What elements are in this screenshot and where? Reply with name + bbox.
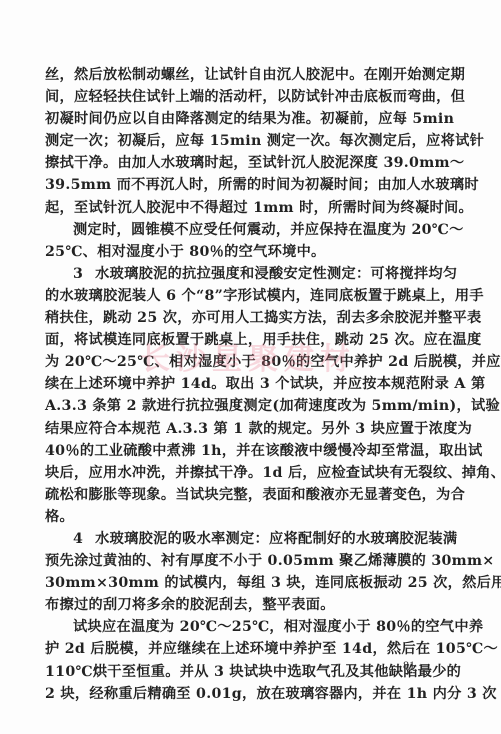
text-line-content: 水玻璃胶泥的吸水率测定：应将配制好的水玻璃胶泥装满: [95, 531, 457, 547]
text-line-content: 2 块，经称重后精确至 0.01g，放在玻璃容器内，并在 1h 内分 3 次: [45, 686, 497, 702]
text-line: 丝，然后放松制动螺丝，让试针自由沉人胶泥中。在刚开始测定期: [45, 64, 437, 86]
text-line: 2 块，经称重后精确至 0.01g，放在玻璃容器内，并在 1h 内分 3 次: [45, 683, 437, 705]
text-line: 3水玻璃胶泥的抗拉强度和浸酸安定性测定：可将搅拌均匀: [45, 263, 437, 285]
text-line-content: 续在上述环境中养护 14d。取出 3 个试块，并应按本规范附录 A 第: [45, 376, 485, 392]
text-line-content: 疏松和膨胀等现象。当试块完整，表面和酸液亦无显著变色，为合: [45, 487, 465, 503]
text-line-content: 丝，然后放松制动螺丝，让试针自由沉人胶泥中。在刚开始测定期: [45, 67, 465, 83]
text-line: 块后，应用水冲洗，并擦拭干净。1d 后，应检查试块有无裂纹、掉角、: [45, 462, 437, 484]
page-number: · 81 ·: [388, 658, 430, 673]
text-line-content: 30mm×30mm 的试模内，每组 3 块，连同底板振动 25 次，然后用湿: [45, 575, 501, 591]
text-line: 布擦过的刮刀将多余的胶泥刮去，整平表面。: [45, 594, 437, 616]
text-line-content: 的水玻璃胶泥装人 6 个“8”字形试模内，连同底板置于跳桌上，用手: [45, 288, 484, 304]
text-line: 40％的工业硫酸中煮沸 1h，并在该酸液中缓慢冷却至常温，取出试: [45, 440, 437, 462]
text-line: 间，应轻轻扶住试针上端的活动杆，以防试针冲击底板而弯曲，但: [45, 86, 437, 108]
text-line-content: 试块应在温度为 20℃～25℃，相对湿度小于 80％的空气中养: [73, 619, 483, 635]
text-line: 面，将试模连同底板置于跳桌上，用手扶住，跳动 25 次。应在温度: [45, 329, 437, 351]
text-line-content: 25℃、相对湿度小于 80％的空气环境中。: [45, 244, 326, 260]
text-line-content: 块后，应用水冲洗，并擦拭干净。1d 后，应检查试块有无裂纹、掉角、: [45, 465, 501, 481]
text-line-content: 格。: [45, 509, 74, 525]
text-line: 擦拭干净。由加人水玻璃时起，至试针沉人胶泥深度 39.0mm～: [45, 152, 437, 174]
text-line-content: 护 2d 后脱模，并应继续在上述环境中养护至 14d，然后在 105℃～: [45, 641, 498, 657]
text-line-content: 39.5mm 而不再沉人时，所需的时间为初凝时间；由加人水玻璃时: [45, 177, 479, 193]
text-line: 结果应符合本规范 A.3.3 第 1 款的规定。另外 3 块应置于浓度为: [45, 418, 437, 440]
text-line-content: 面，将试模连同底板置于跳桌上，用手扶住，跳动 25 次。应在温度: [45, 332, 481, 348]
text-line-content: 起，至试针沉人胶泥中不得超过 1mm 时，所需时间为终凝时间。: [45, 200, 473, 216]
text-line: 续在上述环境中养护 14d。取出 3 个试块，并应按本规范附录 A 第: [45, 373, 437, 395]
text-line-content: 布擦过的刮刀将多余的胶泥刮去，整平表面。: [45, 597, 335, 613]
body-text: 丝，然后放松制动螺丝，让试针自由沉人胶泥中。在刚开始测定期间，应轻轻扶住试针上端…: [45, 64, 437, 705]
text-line-content: 40％的工业硫酸中煮沸 1h，并在该酸液中缓慢冷却至常温，取出试: [45, 443, 483, 459]
text-line-content: 结果应符合本规范 A.3.3 第 1 款的规定。另外 3 块应置于浓度为: [45, 421, 472, 437]
text-line: 预先涂过黄油的、衬有厚度不小于 0.05mm 聚乙烯薄膜的 30mm×: [45, 550, 437, 572]
text-line-content: A.3.3 条第 2 款进行抗拉强度测定(加荷速度改为 5mm/min)，试验: [45, 398, 500, 414]
text-line-content: 间，应轻轻扶住试针上端的活动杆，以防试针冲击底板而弯曲，但: [45, 89, 465, 105]
document-page: 丝，然后放松制动螺丝，让试针自由沉人胶泥中。在刚开始测定期间，应轻轻扶住试针上端…: [0, 0, 501, 734]
text-line-content: 初凝时间仍应以自由降落测定的结果为准。初凝前，应每 5min: [45, 111, 454, 127]
text-line: 起，至试针沉人胶泥中不得超过 1mm 时，所需时间为终凝时间。: [45, 197, 437, 219]
text-line: 25℃、相对湿度小于 80％的空气环境中。: [45, 241, 437, 263]
text-line: 测定时，圆锥模不应受任何震动，并应保持在温度为 20℃～: [45, 219, 437, 241]
text-line-content: 测定时，圆锥模不应受任何震动，并应保持在温度为 20℃～: [73, 222, 464, 238]
text-line-content: 测定一次；初凝后，应每 15min 测定一次。每次测定后，应将试针: [45, 133, 484, 149]
text-line: 测定一次；初凝后，应每 15min 测定一次。每次测定后，应将试针: [45, 130, 437, 152]
text-line: A.3.3 条第 2 款进行抗拉强度测定(加荷速度改为 5mm/min)，试验: [45, 395, 437, 417]
text-line: 为 20℃～25℃、相对湿度小于 80％的空气中养护 2d 后脱模，并应继: [45, 351, 437, 373]
text-line: 稍扶住，跳动 25 次，亦可用人工捣实方法，刮去多余胶泥并整平表: [45, 307, 437, 329]
text-line: 疏松和膨胀等现象。当试块完整，表面和酸液亦无显著变色，为合: [45, 484, 437, 506]
text-line-content: 擦拭干净。由加人水玻璃时起，至试针沉人胶泥深度 39.0mm～: [45, 155, 464, 171]
text-line: 30mm×30mm 的试模内，每组 3 块，连同底板振动 25 次，然后用湿: [45, 572, 437, 594]
clause-number: 4: [73, 528, 83, 550]
text-line-content: 水玻璃胶泥的抗拉强度和浸酸安定性测定：可将搅拌均匀: [95, 266, 457, 282]
clause-number: 3: [73, 263, 83, 285]
text-line-content: 为 20℃～25℃、相对湿度小于 80％的空气中养护 2d 后脱模，并应继: [45, 354, 501, 370]
text-line: 格。: [45, 506, 437, 528]
text-line-content: 稍扶住，跳动 25 次，亦可用人工捣实方法，刮去多余胶泥并整平表: [45, 310, 481, 326]
text-line: 试块应在温度为 20℃～25℃，相对湿度小于 80％的空气中养: [45, 616, 437, 638]
text-line: 110℃烘干至恒重。并从 3 块试块中选取气孔及其他缺陷最少的: [45, 661, 437, 683]
text-line-content: 预先涂过黄油的、衬有厚度不小于 0.05mm 聚乙烯薄膜的 30mm×: [45, 553, 495, 569]
text-line: 护 2d 后脱模，并应继续在上述环境中养护至 14d，然后在 105℃～: [45, 638, 437, 660]
text-line: 的水玻璃胶泥装人 6 个“8”字形试模内，连同底板置于跳桌上，用手: [45, 285, 437, 307]
text-line: 4水玻璃胶泥的吸水率测定：应将配制好的水玻璃胶泥装满: [45, 528, 437, 550]
text-line: 39.5mm 而不再沉人时，所需的时间为初凝时间；由加人水玻璃时: [45, 174, 437, 196]
text-line: 初凝时间仍应以自由降落测定的结果为准。初凝前，应每 5min: [45, 108, 437, 130]
